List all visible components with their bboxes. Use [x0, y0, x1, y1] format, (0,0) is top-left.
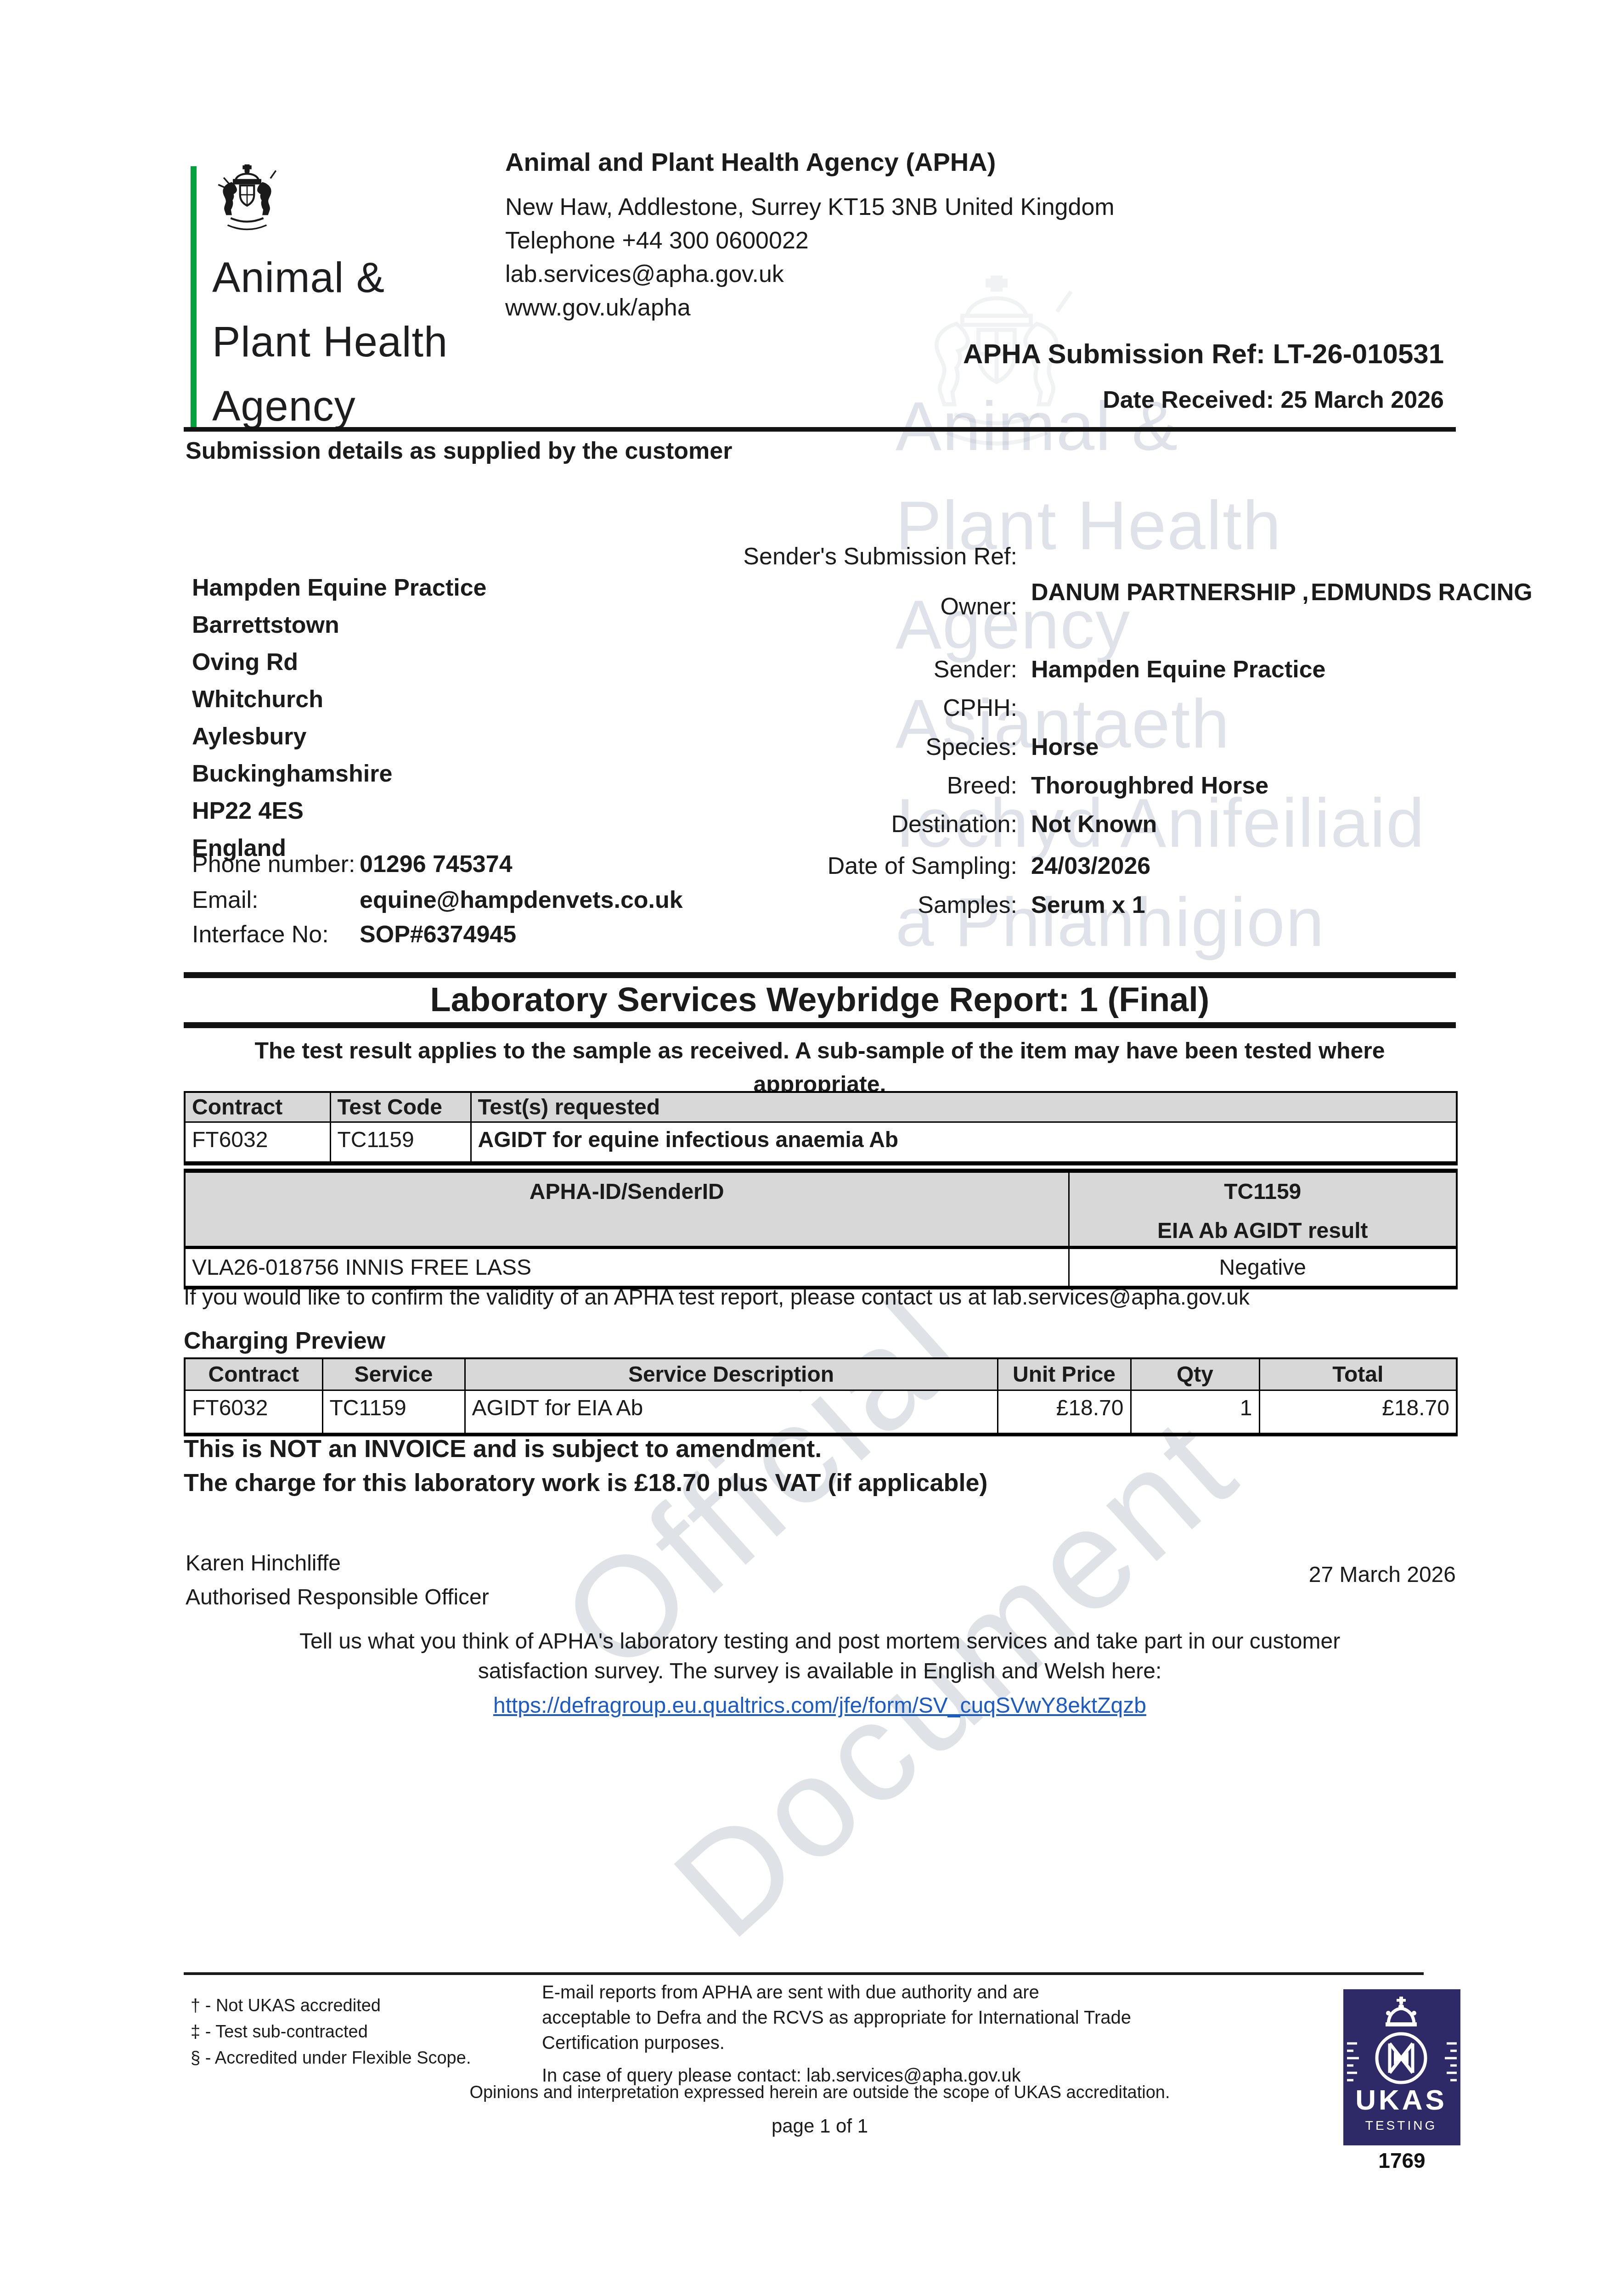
detail-row-destination: Destination:Not Known [733, 810, 1456, 838]
royal-crest-icon [208, 164, 287, 246]
owner-value-line1: DANUM PARTNERSHIP , [1031, 579, 1309, 606]
ukas-name: UKAS [1355, 2084, 1447, 2116]
column-header: Test(s) requested [471, 1092, 1457, 1122]
column-header: Total [1259, 1358, 1457, 1390]
column-header: Contract [185, 1358, 322, 1390]
survey-link[interactable]: https://defragroup.eu.qualtrics.com/jfe/… [493, 1691, 1146, 1721]
tests-requested-table: Contract Test Code Test(s) requested FT6… [184, 1091, 1458, 1165]
service-cell: TC1159 [322, 1390, 465, 1435]
report-title: Laboratory Services Weybridge Report: 1 … [184, 980, 1456, 1019]
address-line: Hampden Equine Practice [192, 569, 487, 607]
detail-value: 24/03/2026 [1031, 852, 1150, 880]
report-page: Animal & Plant Health Agency Asiantaeth … [0, 0, 1623, 2296]
column-header: Unit Price [997, 1358, 1131, 1390]
address-line: Aylesbury [192, 718, 487, 755]
detail-row-cphh: CPHH: [733, 694, 1456, 722]
table-header-row: APHA-ID/SenderID TC1159 EIA Ab AGIDT res… [185, 1171, 1457, 1248]
detail-label: Samples: [733, 891, 1017, 919]
agency-email: lab.services@apha.gov.uk [505, 258, 1378, 291]
page-number: page 1 of 1 [184, 2115, 1456, 2137]
contract-cell: FT6032 [185, 1122, 330, 1164]
agency-website: www.gov.uk/apha [505, 291, 1378, 325]
detail-value: Serum x 1 [1031, 891, 1145, 919]
title-bar-bottom [184, 1022, 1456, 1028]
test-requested-cell: AGIDT for equine infectious anaemia Ab [471, 1122, 1457, 1164]
agency-header: Animal and Plant Health Agency (APHA) Ne… [505, 147, 1378, 325]
date-received: Date Received: 25 March 2026 [781, 386, 1444, 414]
email-note-line: acceptable to Defra and the RCVS as appr… [542, 2005, 1212, 2031]
section-title: Submission details as supplied by the cu… [186, 437, 733, 465]
legend-item: § - Accredited under Flexible Scope. [191, 2045, 471, 2071]
detail-label: Owner: [733, 593, 1017, 620]
result-header-test-code: TC1159 [1070, 1179, 1456, 1204]
table-header-row: Contract Service Service Description Uni… [185, 1358, 1457, 1390]
legend-item: † - Not UKAS accredited [191, 1993, 471, 2019]
unit-price-cell: £18.70 [997, 1390, 1131, 1435]
table-header-row: Contract Test Code Test(s) requested [185, 1092, 1457, 1122]
validity-note: If you would like to confirm the validit… [184, 1285, 1470, 1310]
owner-value-line2: EDMUNDS RACING [1311, 579, 1532, 606]
address-line: Whitchurch [192, 681, 487, 718]
footer-notes: E-mail reports from APHA are sent with d… [542, 1980, 1212, 2088]
invoice-notice-line1: This is NOT an INVOICE and is subject to… [184, 1432, 987, 1466]
footer-divider [184, 1972, 1424, 1975]
detail-label: Destination: [733, 810, 1017, 838]
charging-heading: Charging Preview [184, 1327, 385, 1355]
accreditation-legend: † - Not UKAS accredited ‡ - Test sub-con… [191, 1993, 471, 2071]
detail-label: Sender: [733, 656, 1017, 683]
detail-row-breed: Breed:Thoroughbred Horse [733, 772, 1456, 799]
column-header: Service Description [465, 1358, 997, 1390]
column-header: Contract [185, 1092, 330, 1122]
column-header: Service [322, 1358, 465, 1390]
contact-value: 01296 745374 [360, 850, 513, 878]
detail-value: Not Known [1031, 810, 1157, 838]
detail-label: Date of Sampling: [733, 852, 1017, 880]
qty-cell: 1 [1131, 1390, 1259, 1435]
survey-text-line2: satisfaction survey. The survey is avail… [184, 1656, 1456, 1686]
apha-green-bar [191, 166, 197, 430]
report-note-line1: The test result applies to the sample as… [230, 1034, 1410, 1068]
invoice-notice-line2: The charge for this laboratory work is £… [184, 1466, 987, 1500]
detail-label: CPHH: [733, 694, 1017, 722]
detail-value: Thoroughbred Horse [1031, 772, 1268, 799]
contact-label: Interface No: [192, 921, 360, 948]
column-header: Test Code [330, 1092, 471, 1122]
customer-address: Hampden Equine Practice Barrettstown Ovi… [192, 569, 487, 867]
survey-text-line1: Tell us what you think of APHA's laborat… [184, 1626, 1456, 1656]
ukas-number: 1769 [1343, 2148, 1460, 2173]
title-bar-top [184, 972, 1456, 978]
survey-block: Tell us what you think of APHA's laborat… [184, 1626, 1456, 1721]
detail-value: Hampden Equine Practice [1031, 656, 1326, 683]
address-line: Barrettstown [192, 607, 487, 644]
address-line: Oving Rd [192, 644, 487, 681]
gov-logo-text: Animal & Plant Health Agency [212, 246, 448, 439]
gov-logo-line: Plant Health [212, 310, 448, 374]
email-note-line: Certification purposes. [542, 2031, 1212, 2056]
detail-label: Breed: [733, 772, 1017, 799]
submission-ref: APHA Submission Ref: LT-26-010531 [781, 338, 1444, 370]
detail-label: Sender's Submission Ref: [733, 543, 1017, 570]
contact-label: Phone number: [192, 850, 360, 878]
total-cell: £18.70 [1259, 1390, 1457, 1435]
ukas-type: TESTING [1365, 2118, 1437, 2133]
detail-row-sender-ref: Sender's Submission Ref: [733, 543, 1456, 570]
contact-label: Email: [192, 886, 360, 914]
result-cell: Negative [1069, 1248, 1457, 1288]
agency-name: Animal and Plant Health Agency (APHA) [505, 147, 1378, 177]
officer-role: Authorised Responsible Officer [186, 1581, 489, 1615]
result-header: TC1159 EIA Ab AGIDT result [1069, 1171, 1457, 1248]
detail-value: Horse [1031, 733, 1099, 761]
agency-address: New Haw, Addlestone, Surrey KT15 3NB Uni… [505, 191, 1378, 224]
submission-ref-block: APHA Submission Ref: LT-26-010531 Date R… [781, 338, 1444, 414]
contract-cell: FT6032 [185, 1390, 322, 1435]
service-description-cell: AGIDT for EIA Ab [465, 1390, 997, 1435]
table-row: FT6032 TC1159 AGIDT for equine infectiou… [185, 1122, 1457, 1164]
contact-row-interface: Interface No:SOP#6374945 [192, 921, 516, 948]
contact-row-phone: Phone number:01296 745374 [192, 850, 513, 878]
address-line: HP22 4ES [192, 793, 487, 830]
result-header-test-name: EIA Ab AGIDT result [1070, 1218, 1456, 1244]
charging-table: Contract Service Service Description Uni… [184, 1357, 1458, 1436]
legend-item: ‡ - Test sub-contracted [191, 2019, 471, 2045]
sample-id-cell: VLA26-018756 INNIS FREE LASS [185, 1248, 1069, 1288]
address-line: Buckinghamshire [192, 755, 487, 793]
content-layer: Animal & Plant Health Agency Animal and … [0, 0, 1623, 2296]
sample-id-header: APHA-ID/SenderID [185, 1171, 1069, 1248]
detail-row-samples: Samples:Serum x 1 [733, 891, 1456, 919]
detail-row-sampling-date: Date of Sampling:24/03/2026 [733, 852, 1456, 880]
contact-value: equine@hampdenvets.co.uk [360, 886, 683, 914]
column-header: Qty [1131, 1358, 1259, 1390]
detail-row-sender: Sender:Hampden Equine Practice [733, 656, 1456, 683]
gov-logo-line: Animal & [212, 246, 448, 310]
signoff-date: 27 March 2026 [1102, 1562, 1456, 1587]
contact-value: SOP#6374945 [360, 921, 516, 948]
invoice-notice: This is NOT an INVOICE and is subject to… [184, 1432, 987, 1500]
test-code-cell: TC1159 [330, 1122, 471, 1164]
email-note-line: E-mail reports from APHA are sent with d… [542, 1980, 1212, 2005]
header-divider [184, 427, 1456, 432]
contact-row-email: Email:equine@hampdenvets.co.uk [192, 886, 683, 914]
ukas-testing-badge: UKAS TESTING [1343, 1989, 1460, 2145]
table-row: VLA26-018756 INNIS FREE LASS Negative [185, 1248, 1457, 1288]
detail-label: Species: [733, 733, 1017, 761]
ukas-scope-note: Opinions and interpretation expressed he… [184, 2083, 1456, 2103]
table-row: FT6032 TC1159 AGIDT for EIA Ab £18.70 1 … [185, 1390, 1457, 1435]
results-table: APHA-ID/SenderID TC1159 EIA Ab AGIDT res… [184, 1169, 1458, 1289]
agency-telephone: Telephone +44 300 0600022 [505, 224, 1378, 258]
detail-row-species: Species:Horse [733, 733, 1456, 761]
detail-row-owner-value: DANUM PARTNERSHIP , EDMUNDS RACING [1031, 579, 1623, 606]
officer-name: Karen Hinchliffe [186, 1547, 489, 1581]
signoff-block: Karen Hinchliffe Authorised Responsible … [186, 1547, 489, 1615]
